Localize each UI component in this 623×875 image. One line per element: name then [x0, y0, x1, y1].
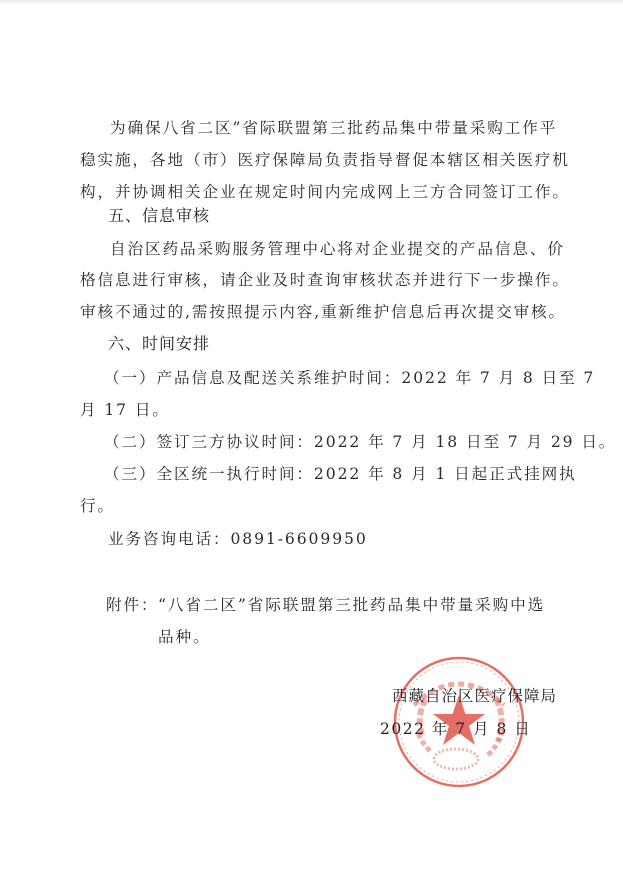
- schedule-item-1-line-2: 月 17 日。: [80, 400, 170, 420]
- section5-line-1: 自治区药品采购服务管理中心将对企业提交的产品信息、价: [110, 239, 565, 259]
- intro-line-1: 为确保八省二区”省际联盟第三批药品集中带量采购工作平: [110, 118, 557, 138]
- schedule-item-3-line-1: （三）全区统一执行时间：2022 年 8 月 1 日起正式挂网执: [104, 464, 577, 484]
- attachment-label: 附件：: [106, 595, 158, 615]
- section5-line-2: 格信息进行审核，请企业及时查询审核状态并进行下一步操作。: [80, 270, 570, 290]
- section5-line-3: 审核不通过的,需按照提示内容,重新维护信息后再次提交审核。: [80, 302, 566, 322]
- section6-heading: 六、时间安排: [108, 334, 210, 354]
- intro-line-2: 稳实施，各地（市）医疗保障局负责指导督促本辖区相关医疗机: [80, 150, 570, 170]
- signature-organization: 西藏自治区医疗保障局: [392, 686, 557, 706]
- signature-date: 2022 年 7 月 8 日: [380, 719, 531, 739]
- attachment-line-1: “八省二区”省际联盟第三批药品集中带量采购中选: [158, 595, 545, 615]
- schedule-item-2: （二）签订三方协议时间：2022 年 7 月 18 日至 7 月 29 日。: [104, 432, 616, 452]
- contact-phone: 业务咨询电话：0891-6609950: [108, 529, 368, 549]
- attachment-line-2: 品种。: [158, 627, 210, 647]
- page-top-shadow: [0, 0, 623, 6]
- intro-line-3: 构，并协调相关企业在规定时间内完成网上三方合同签订工作。: [80, 182, 570, 202]
- schedule-item-3-line-2: 行。: [80, 496, 115, 516]
- section5-heading: 五、信息审核: [108, 206, 210, 226]
- schedule-item-1-line-1: （一）产品信息及配送关系维护时间：2022 年 7 月 8 日至 7: [104, 368, 595, 388]
